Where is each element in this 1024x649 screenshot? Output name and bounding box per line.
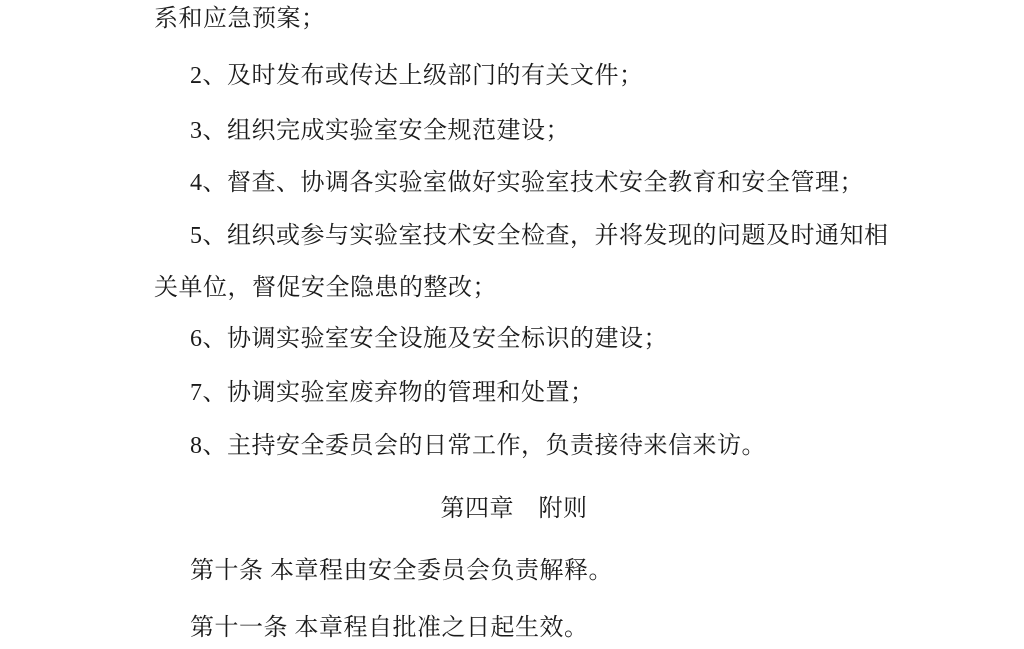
document-page: 系和应急预案； 2、及时发布或传达上级部门的有关文件； 3、组织完成实验室安全规… bbox=[0, 0, 1024, 649]
chapter-4-heading: 第四章 附则 bbox=[155, 494, 873, 524]
list-item-3: 3、组织完成实验室安全规范建设； bbox=[190, 116, 570, 146]
list-item-6: 6、协调实验室安全设施及安全标识的建设； bbox=[190, 324, 668, 354]
list-item-2: 2、及时发布或传达上级部门的有关文件； bbox=[190, 61, 644, 91]
list-item-4: 4、督查、协调各实验室做好实验室技术安全教育和安全管理； bbox=[190, 168, 864, 198]
article-11-line: 第十一条 本章程自批准之日起生效。 bbox=[190, 613, 589, 643]
list-item-8: 8、主持安全委员会的日常工作，负责接待来信来访。 bbox=[190, 431, 766, 461]
continuation-line: 系和应急预案； bbox=[154, 4, 326, 34]
article-10-line: 第十条 本章程由安全委员会负责解释。 bbox=[190, 556, 613, 586]
list-item-5-line-1: 5、组织或参与实验室技术安全检查，并将发现的问题及时通知相 bbox=[190, 221, 889, 251]
list-item-5-line-2: 关单位，督促安全隐患的整改； bbox=[154, 273, 497, 303]
list-item-7: 7、协调实验室废弃物的管理和处置； bbox=[190, 378, 595, 408]
